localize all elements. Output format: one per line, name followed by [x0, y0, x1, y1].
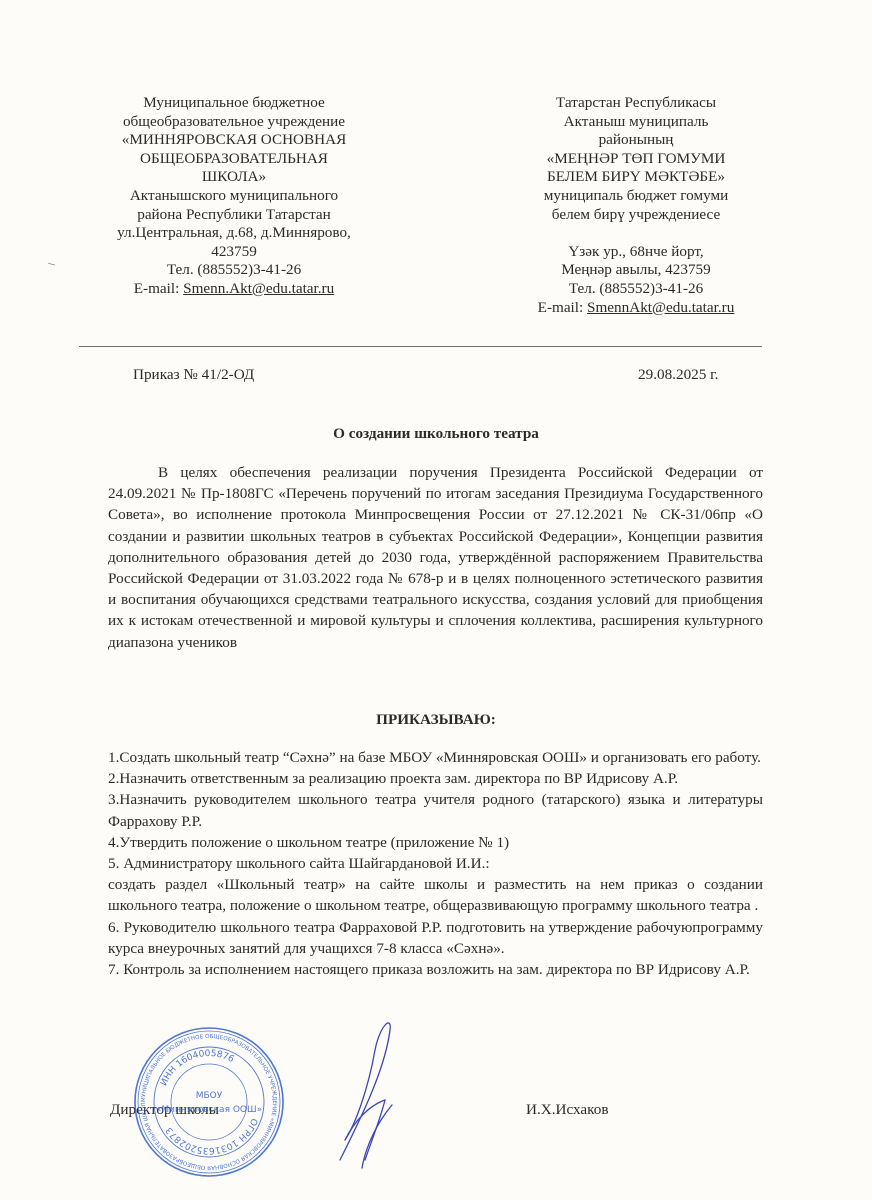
email-label: E-mail: [538, 299, 587, 316]
header-right-line: белем бирү учреждениесе [500, 206, 772, 225]
order-heading: ПРИКАЗЫВАЮ: [0, 711, 872, 729]
header-divider [79, 346, 762, 347]
header-left-line: Актанышского муниципального [88, 187, 380, 206]
order-item-5-detail: создать раздел «Школьный театр» на сайте… [108, 874, 763, 916]
order-date: 29.08.2025 г. [638, 366, 718, 384]
header-left-email-row: E-mail: Smenn.Akt@edu.tatar.ru [88, 280, 380, 299]
header-right-line: БЕЛЕМ БИРҮ МӘКТӘБЕ» [500, 168, 772, 187]
stamp-center-line2: «Минняровская ООШ» [156, 1105, 262, 1115]
header-right-address: Меңнәр авылы, 423759 [500, 261, 772, 280]
order-item-6: 6. Руководителю школьного театра Фаррахо… [108, 917, 763, 959]
preamble-paragraph: В целях обеспечения реализации поручения… [108, 462, 763, 653]
header-left-line: ул.Центральная, д.68, д.Минняро­во, [88, 224, 380, 243]
order-items: 1.Создать школьный театр “Сәхнә” на базе… [108, 747, 763, 980]
header-left-line: Муниципальное бюджетное [88, 94, 380, 113]
handwritten-signature [330, 1010, 450, 1170]
header-right-address: Үзәк ур., 68нче йорт, [500, 243, 772, 262]
order-item-4: 4.Утвердить положение о школьном театре … [108, 832, 763, 853]
header-right-line: Татарстан Республикасы [500, 94, 772, 113]
order-item-5: 5. Администратору школьного сайта Шайгар… [108, 853, 763, 874]
header-left-phone: Тел. (885552)3-41-26 [88, 261, 380, 280]
scan-speck [48, 262, 56, 266]
email-link-left[interactable]: Smenn.Akt@edu.tatar.ru [183, 280, 334, 297]
email-label: E-mail: [134, 280, 183, 297]
email-link-right[interactable]: SmennAkt@edu.tatar.ru [587, 299, 734, 316]
header-left-russian: Муниципальное бюджетное общеобразователь… [88, 94, 380, 299]
header-right-line: «МЕҢНӘР ТӨП ГОМУМИ [500, 150, 772, 169]
header-right-phone: Тел. (885552)3-41-26 [500, 280, 772, 299]
header-right-spacer [500, 224, 772, 243]
order-item-3: 3.Назначить руководителем школьного теат… [108, 789, 763, 831]
header-left-line: ОБЩЕОБРАЗОВАТЕЛЬНАЯ [88, 150, 380, 169]
header-right-email-row: E-mail: SmennAkt@edu.tatar.ru [500, 299, 772, 318]
order-item-1: 1.Создать школьный театр “Сәхнә” на базе… [108, 747, 763, 768]
header-left-line: района Республики Татарстан [88, 206, 380, 225]
document-title: О создании школьного театра [0, 425, 872, 443]
stamp-center-line1: МБОУ [196, 1091, 223, 1101]
order-item-7: 7. Контроль за исполнением настоящего пр… [108, 959, 763, 980]
header-right-line: районының [500, 131, 772, 150]
order-item-2: 2.Назначить ответственным за реализацию … [108, 768, 763, 789]
header-left-line: «МИННЯРОВСКАЯ ОСНОВНАЯ [88, 131, 380, 150]
official-stamp: МУНИЦИПАЛЬНОЕ БЮДЖЕТНОЕ ОБЩЕОБРАЗОВАТЕЛЬ… [133, 1026, 285, 1178]
header-left-line: ШКОЛА» [88, 168, 380, 187]
signatory-name: И.Х.Исхаков [526, 1101, 609, 1119]
order-document: Муниципальное бюджетное общеобразователь… [0, 0, 872, 1200]
header-left-line: общеобразовательное учреждение [88, 113, 380, 132]
header-right-line: Актаныш муниципаль [500, 113, 772, 132]
header-right-tatar: Татарстан Республикасы Актаныш муниципал… [500, 94, 772, 317]
header-right-line: муниципаль бюджет гомуми [500, 187, 772, 206]
header-left-line: 423759 [88, 243, 380, 262]
order-number: Приказ № 41/2-ОД [133, 366, 254, 384]
